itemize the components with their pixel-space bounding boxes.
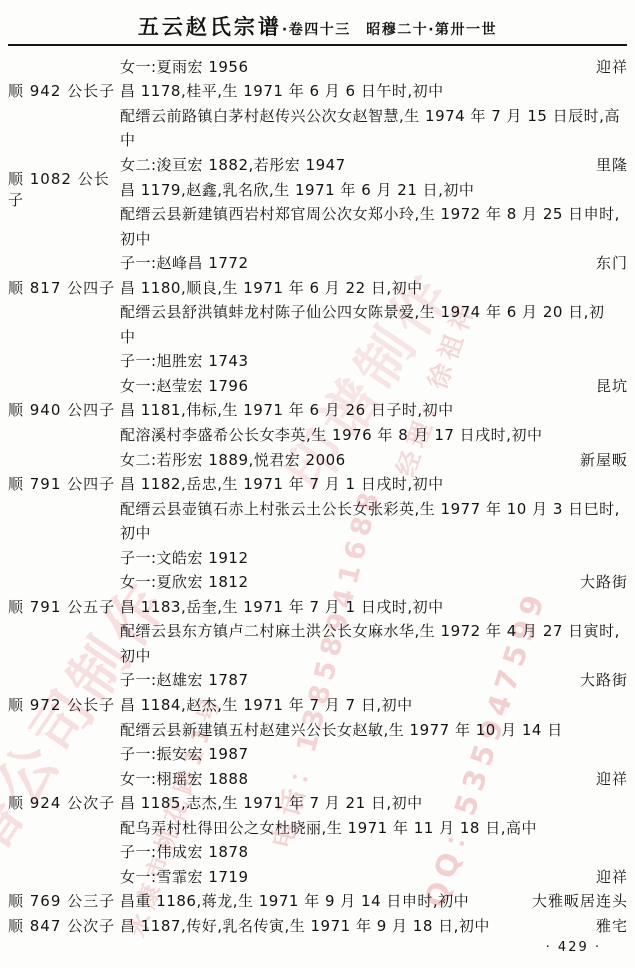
entry-text: 子一:旭胜宏 1743 <box>120 350 249 371</box>
lineage-label: 顺 924 公次子 <box>8 792 120 813</box>
genealogy-row: 顺 769 公三子昌重 1186,蒋龙,生 1971 年 9 月 14 日申时,… <box>8 889 628 914</box>
genealogy-row: 顺 924 公次子昌 1185,志杰,生 1971 年 7 月 21 日,初中 <box>8 790 628 815</box>
entry-text: 昌 1184,赵杰,生 1971 年 7 月 7 日,初中 <box>120 694 413 715</box>
genealogy-row: 子一:伟成宏 1878 <box>8 840 628 865</box>
genealogy-row: 中 <box>8 324 628 349</box>
lineage-label: 顺 942 公长子 <box>8 80 120 101</box>
genealogy-page: 五云赵氏宗谱·卷四十三 昭穆二十·第卅一世 家谱公司制作印谱制作永康市桃花路11… <box>0 0 635 968</box>
residence-label: 迎祥 <box>588 768 628 789</box>
genealogy-row: 配缙云县壶镇石赤上村张云土公长女张彩英,生 1977 年 10 月 3 日巳时, <box>8 496 628 521</box>
genealogy-row: 子一:赵雄宏 1787大路街 <box>8 668 628 693</box>
entry-text: 昌 1182,岳忠,生 1971 年 7 月 1 日戌时,初中 <box>120 473 444 494</box>
entry-text: 昌 1179,赵鑫,乳名欣,生 1971 年 6 月 21 日,初中 <box>120 179 474 200</box>
entry-text: 子一:赵峰昌 1772 <box>120 252 249 273</box>
volume-subtitle: ·卷四十三 昭穆二十·第卅一世 <box>282 22 497 38</box>
genealogy-row: 女一:夏欣宏 1812大路街 <box>8 569 628 594</box>
entry-text: 中 <box>120 129 136 150</box>
entry-text: 女二:浚亘宏 1882,若彤宏 1947 <box>120 154 346 175</box>
entry-text: 女一:栩瑶宏 1888 <box>120 768 249 789</box>
entry-text: 昌 1180,顺良,生 1971 年 6 月 22 日,初中 <box>120 277 423 298</box>
entry-text: 初中 <box>120 645 151 666</box>
genealogy-row: 初中 <box>8 643 628 668</box>
lineage-label: 顺 817 公四子 <box>8 277 120 298</box>
genealogy-row: 女一:赵莹宏 1796昆坑 <box>8 373 628 398</box>
genealogy-row: 顺 1082 公长子昌 1179,赵鑫,乳名欣,生 1971 年 6 月 21 … <box>8 177 628 202</box>
entry-text: 初中 <box>120 228 151 249</box>
residence-label: 东门 <box>588 252 628 273</box>
genealogy-row: 配缙云县舒洪镇蚌龙村陈子仙公四女陈景爱,生 1974 年 6 月 20 日,初 <box>8 299 628 324</box>
genealogy-row: 女一:夏雨宏 1956迎祥 <box>8 54 628 79</box>
genealogy-row: 子一:振安宏 1987 <box>8 741 628 766</box>
genealogy-row: 初中 <box>8 520 628 545</box>
entry-text: 配乌弄村杜得田公之女杜晓丽,生 1971 年 11 月 18 日,高中 <box>120 817 537 838</box>
lineage-label: 顺 940 公四子 <box>8 399 120 420</box>
book-title: 五云赵氏宗谱 <box>138 15 282 39</box>
entry-text: 配缙云县新建镇西岩村郑官周公次女郑小玲,生 1972 年 8 月 25 日申时, <box>120 203 620 224</box>
genealogy-entries: 女一:夏雨宏 1956迎祥顺 942 公长子昌 1178,桂平,生 1971 年… <box>8 54 628 938</box>
genealogy-row: 女一:栩瑶宏 1888迎祥 <box>8 766 628 791</box>
entry-text: 子一:振安宏 1987 <box>120 743 249 764</box>
entry-text: 昌 1185,志杰,生 1971 年 7 月 21 日,初中 <box>120 792 423 813</box>
genealogy-row: 顺 791 公五子昌 1183,岳奎,生 1971 年 7 月 1 日戌时,初中 <box>8 594 628 619</box>
genealogy-row: 顺 942 公长子昌 1178,桂平,生 1971 年 6 月 6 日午时,初中 <box>8 79 628 104</box>
entry-text: 初中 <box>120 522 151 543</box>
residence-label: 迎祥 <box>588 56 628 77</box>
entry-text: 子一:文皓宏 1912 <box>120 547 249 568</box>
page-header: 五云赵氏宗谱·卷四十三 昭穆二十·第卅一世 <box>0 11 635 41</box>
entry-text: 女一:赵莹宏 1796 <box>120 375 249 396</box>
genealogy-row: 顺 817 公四子昌 1180,顺良,生 1971 年 6 月 22 日,初中 <box>8 275 628 300</box>
lineage-label: 顺 972 公长子 <box>8 694 120 715</box>
genealogy-row: 配缙云县新建镇五村赵建兴公长女赵敏,生 1977 年 10 月 14 日 <box>8 717 628 742</box>
entry-text: 昌 1178,桂平,生 1971 年 6 月 6 日午时,初中 <box>120 80 444 101</box>
genealogy-row: 配缙云前路镇白茅村赵传兴公次女赵智慧,生 1974 年 7 月 15 日辰时,高 <box>8 103 628 128</box>
entry-text: 配缙云县新建镇五村赵建兴公长女赵敏,生 1977 年 10 月 14 日 <box>120 719 563 740</box>
residence-label: 迎祥 <box>588 866 628 887</box>
entry-text: 女二:若彤宏 1889,悦君宏 2006 <box>120 449 346 470</box>
genealogy-row: 顺 847 公次子昌 1187,传好,乳名传寅,生 1971 年 9 月 18 … <box>8 913 628 938</box>
genealogy-row: 女二:若彤宏 1889,悦君宏 2006新屋畈 <box>8 447 628 472</box>
entry-text: 昌 1187,传好,乳名传寅,生 1971 年 9 月 18 日,初中 <box>120 915 490 936</box>
genealogy-row: 顺 791 公四子昌 1182,岳忠,生 1971 年 7 月 1 日戌时,初中 <box>8 471 628 496</box>
entry-text: 子一:赵雄宏 1787 <box>120 669 249 690</box>
residence-label: 昆坑 <box>588 375 628 396</box>
residence-label: 大路街 <box>572 669 628 690</box>
entry-text: 昌 1181,伟标,生 1971 年 6 月 26 日子时,初中 <box>120 399 454 420</box>
genealogy-row: 子一:赵峰昌 1772东门 <box>8 250 628 275</box>
lineage-label: 顺 847 公次子 <box>8 915 120 936</box>
entry-text: 女一:雪霏宏 1719 <box>120 866 249 887</box>
genealogy-row: 配乌弄村杜得田公之女杜晓丽,生 1971 年 11 月 18 日,高中 <box>8 815 628 840</box>
genealogy-row: 顺 940 公四子昌 1181,伟标,生 1971 年 6 月 26 日子时,初… <box>8 398 628 423</box>
entry-text: 女一:夏欣宏 1812 <box>120 571 249 592</box>
lineage-label: 顺 791 公五子 <box>8 596 120 617</box>
genealogy-row: 女一:雪霏宏 1719迎祥 <box>8 864 628 889</box>
lineage-label: 顺 769 公三子 <box>8 890 120 911</box>
residence-label: 大路街 <box>572 571 628 592</box>
entry-text: 昌 1183,岳奎,生 1971 年 7 月 1 日戌时,初中 <box>120 596 444 617</box>
entry-text: 中 <box>120 326 136 347</box>
genealogy-row: 子一:旭胜宏 1743 <box>8 349 628 374</box>
page-number: · 429 · <box>546 940 601 955</box>
genealogy-row: 子一:文皓宏 1912 <box>8 545 628 570</box>
entry-text: 子一:伟成宏 1878 <box>120 841 249 862</box>
genealogy-row: 配缙云县东方镇卢二村麻土洪公长女麻水华,生 1972 年 4 月 27 日寅时, <box>8 619 628 644</box>
entry-text: 配溶溪村李盛希公长女李英,生 1976 年 8 月 17 日戌时,初中 <box>120 424 542 445</box>
entry-text: 配缙云县东方镇卢二村麻土洪公长女麻水华,生 1972 年 4 月 27 日寅时, <box>120 620 620 641</box>
entry-text: 配缙云县舒洪镇蚌龙村陈子仙公四女陈景爱,生 1974 年 6 月 20 日,初 <box>120 301 604 322</box>
header-divider <box>8 44 627 46</box>
lineage-label: 顺 1082 公长子 <box>8 168 120 210</box>
residence-label: 大雅畈居连头 <box>524 890 628 911</box>
genealogy-row: 初中 <box>8 226 628 251</box>
residence-label: 雅宅 <box>588 915 628 936</box>
entry-text: 配缙云前路镇白茅村赵传兴公次女赵智慧,生 1974 年 7 月 15 日辰时,高 <box>120 105 620 126</box>
genealogy-row: 顺 972 公长子昌 1184,赵杰,生 1971 年 7 月 7 日,初中 <box>8 692 628 717</box>
residence-label: 里隆 <box>588 154 628 175</box>
entry-text: 昌重 1186,蒋龙,生 1971 年 9 月 14 日申时,初中 <box>120 890 469 911</box>
genealogy-row: 中 <box>8 128 628 153</box>
residence-label: 新屋畈 <box>572 449 628 470</box>
genealogy-row: 配溶溪村李盛希公长女李英,生 1976 年 8 月 17 日戌时,初中 <box>8 422 628 447</box>
lineage-label: 顺 791 公四子 <box>8 473 120 494</box>
entry-text: 女一:夏雨宏 1956 <box>120 56 249 77</box>
entry-text: 配缙云县壶镇石赤上村张云土公长女张彩英,生 1977 年 10 月 3 日巳时, <box>120 498 620 519</box>
